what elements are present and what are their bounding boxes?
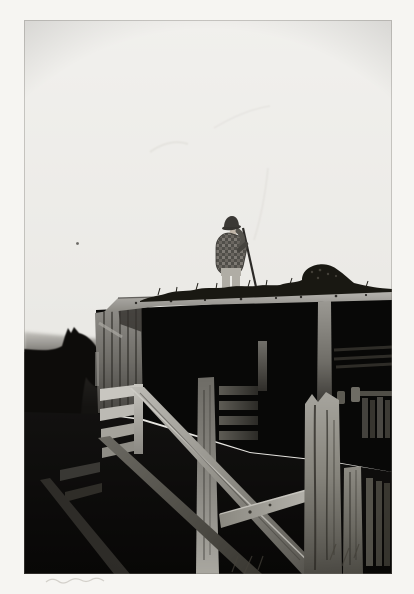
photograph: A man wearing a hat and plaid jacket sta…	[0, 0, 414, 594]
scanned-photo-page: A man wearing a hat and plaid jacket sta…	[0, 0, 414, 594]
vignette	[24, 20, 392, 574]
photo-image	[24, 20, 392, 574]
photo-canvas	[0, 0, 414, 594]
